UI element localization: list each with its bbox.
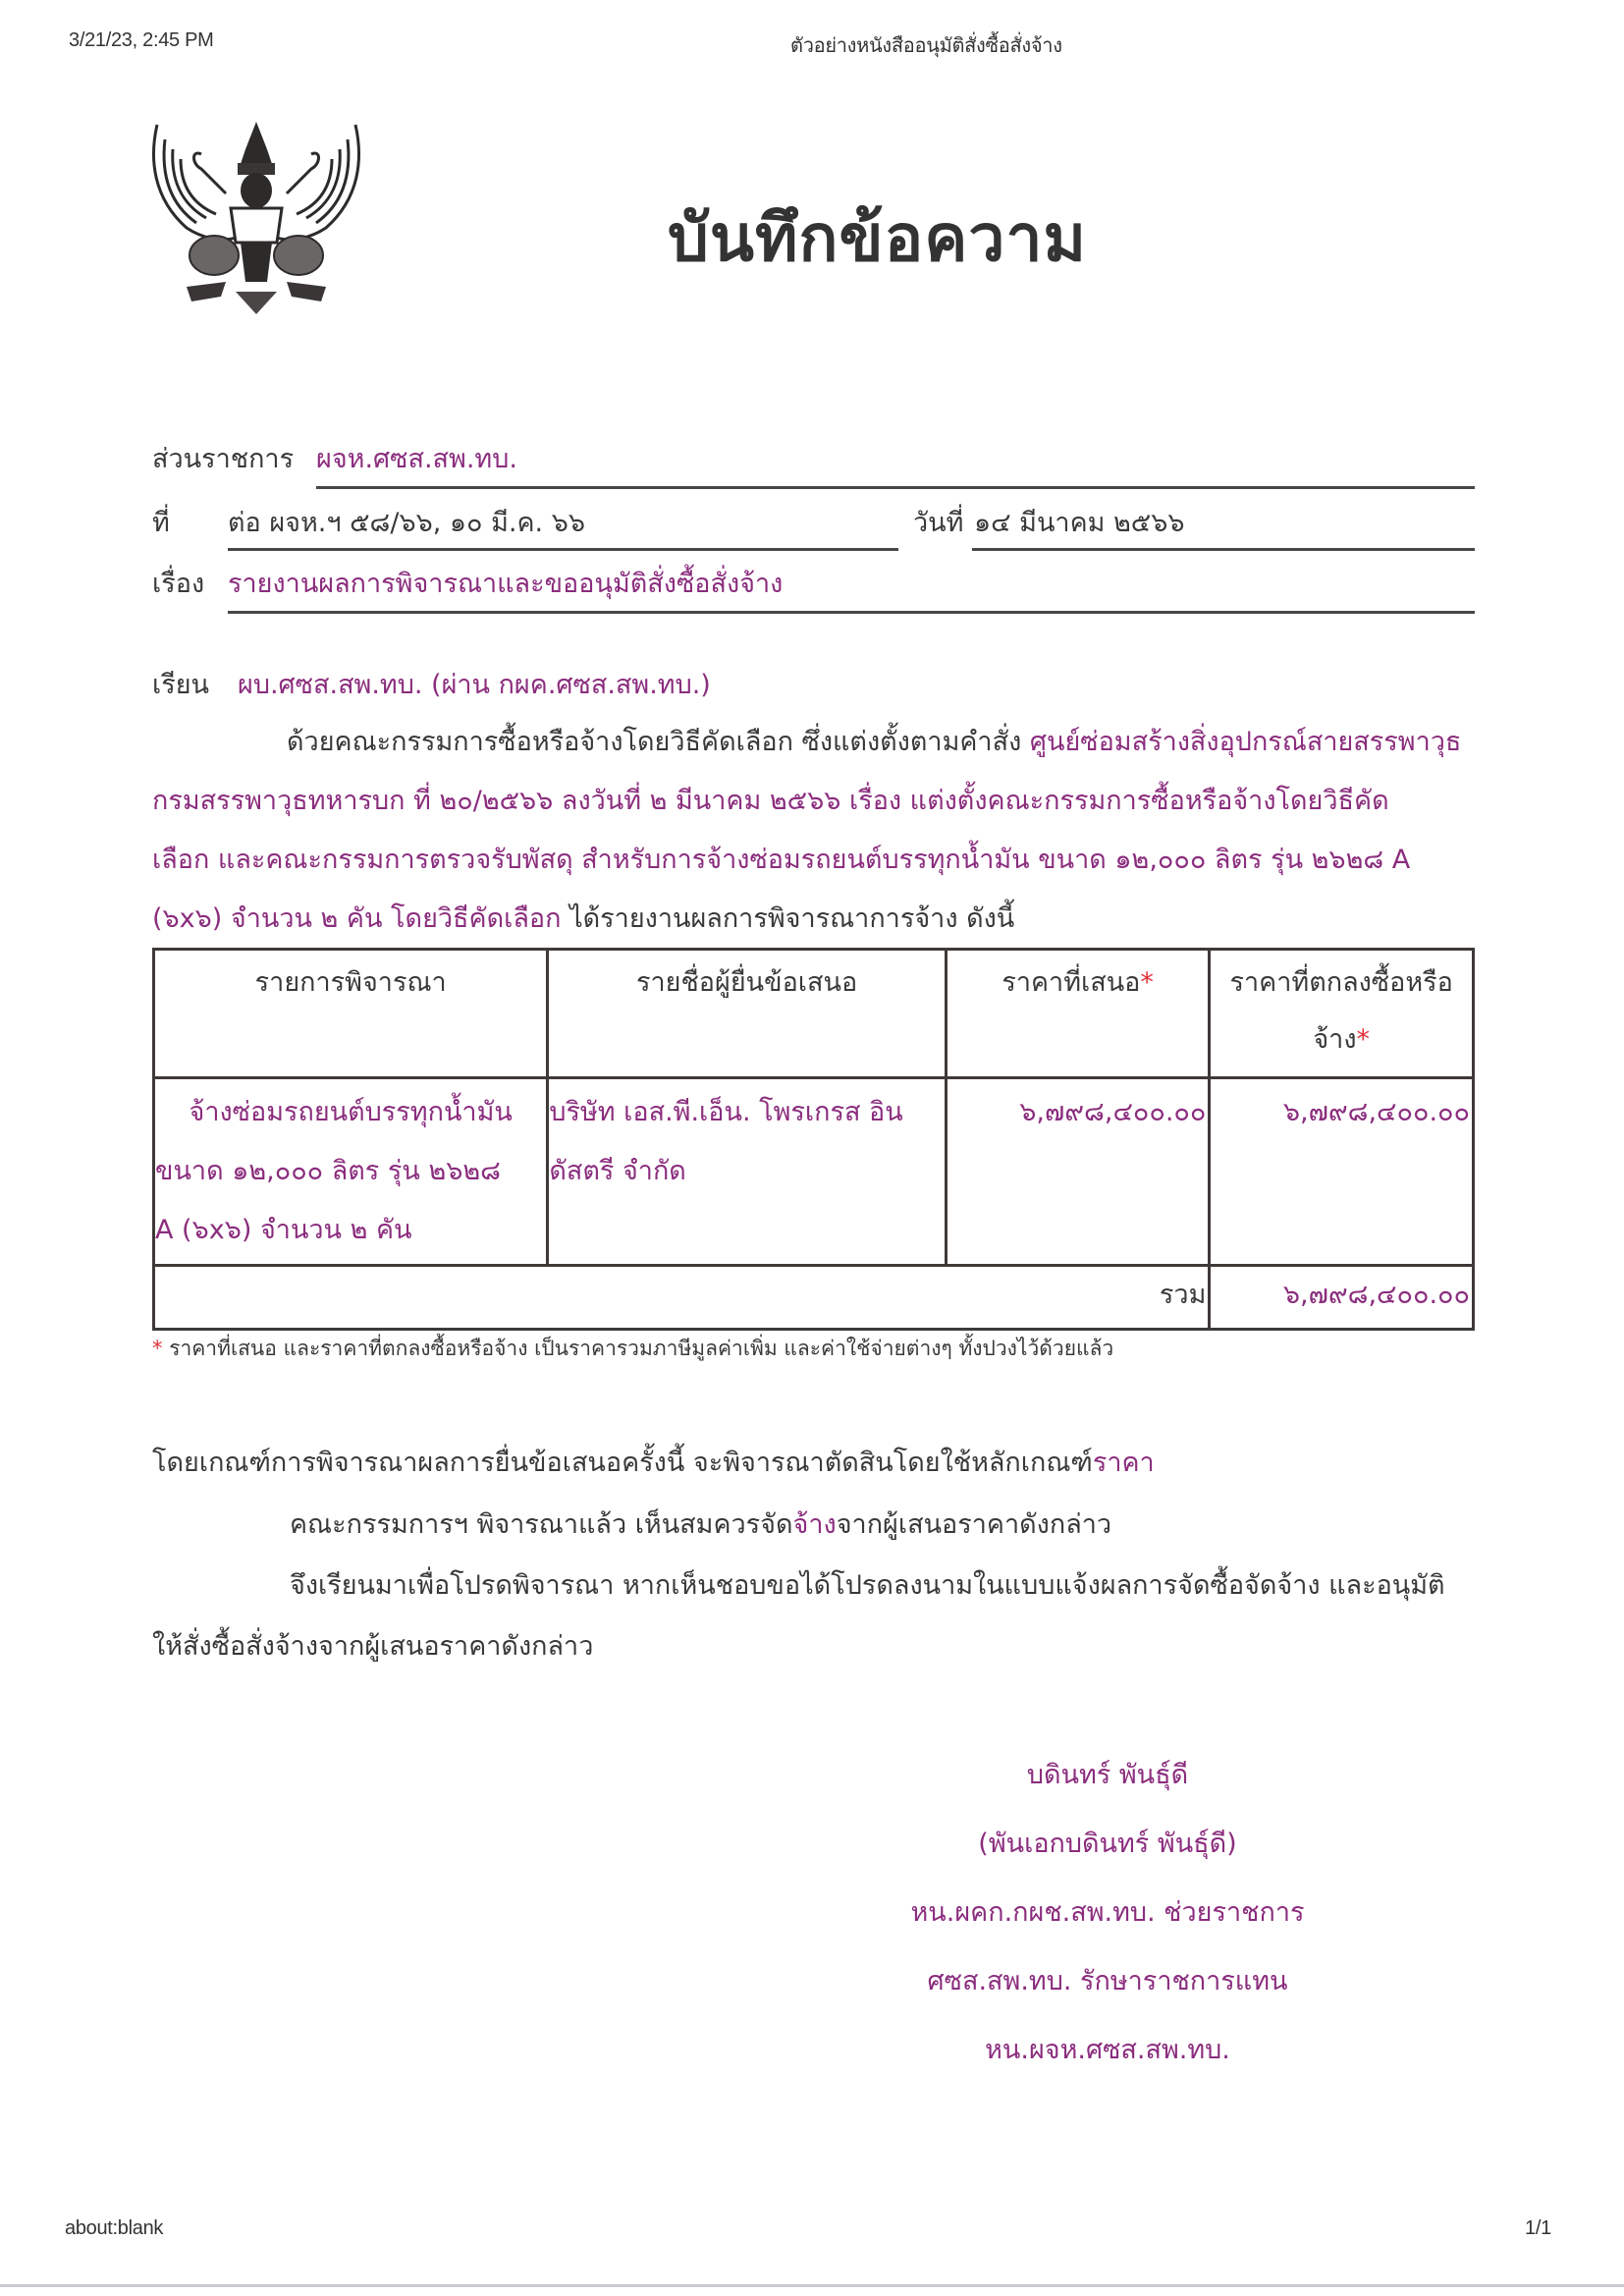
closing-line-1: จึงเรียนมาเพื่อโปรดพิจารณา หากเห็นชอบขอไ… — [290, 1563, 1445, 1606]
signature-name: บดินทร์ พันธุ์ดี — [813, 1753, 1402, 1795]
agency-underline — [316, 486, 1475, 489]
print-page-title: ตัวอย่างหนังสืออนุมัติสั่งซื้อสั่งจ้าง — [790, 29, 1062, 61]
footnote-text: ราคาที่เสนอ และราคาที่ตกลงซื้อหรือจ้าง เ… — [169, 1337, 1113, 1360]
table-header-row: รายการพิจารณา รายชื่อผู้ยื่นข้อเสนอ ราคา… — [154, 950, 1474, 1078]
footnote-asterisk: * — [152, 1337, 163, 1360]
criteria-line: โดยเกณฑ์การพิจารณาผลการยื่นข้อเสนอครั้งน… — [152, 1441, 1155, 1483]
committee-line: คณะกรรมการฯ พิจารณาแล้ว เห็นสมควรจัดจ้าง… — [290, 1503, 1111, 1545]
cell-bidder: บริษัท เอส.พี.เอ็น. โพรเกรส อิน ดัสตรี จ… — [548, 1078, 946, 1266]
salutation-label: เรียน — [152, 663, 209, 705]
committee-text-1: คณะกรรมการฯ พิจารณาแล้ว เห็นสมควรจัด — [290, 1509, 793, 1540]
agency-label: ส่วนราชการ — [152, 437, 294, 479]
agency-value: ผจห.ศซส.สพ.ทบ. — [316, 437, 517, 479]
signatory-position-3: หน.ผจห.ศซส.สพ.ทบ. — [813, 2028, 1402, 2070]
bidder-line-2: ดัสตรี จำกัด — [549, 1142, 944, 1201]
subject-underline — [228, 611, 1475, 614]
signatory-position-1: หน.ผคก.กผช.สพ.ทบ. ช่วยราชการ — [813, 1890, 1402, 1933]
ref-label: ที่ — [152, 501, 170, 543]
header-agreed-price: ราคาที่ตกลงซื้อหรือจ้าง* — [1210, 950, 1474, 1078]
header-agreed-price-text-2: จ้าง — [1313, 1024, 1356, 1055]
garuda-emblem-icon — [147, 120, 365, 316]
date-value: ๑๔ มีนาคม ๒๕๖๖ — [974, 501, 1185, 543]
report-text: ได้รายงานผลการพิจารณาการจ้าง ดังนี้ — [569, 903, 1014, 934]
intro-line-4: (๖x๖) จำนวน ๒ คัน โดยวิธีคัดเลือก ได้ราย… — [152, 897, 1014, 939]
price-footnote: * ราคาที่เสนอ และราคาที่ตกลงซื้อหรือจ้าง… — [152, 1333, 1113, 1365]
scan-edge-line — [0, 2284, 1624, 2287]
asterisk-mark: * — [1357, 1024, 1371, 1055]
committee-type: จ้าง — [793, 1509, 837, 1540]
header-offered-price: ราคาที่เสนอ* — [946, 950, 1210, 1078]
subject-label: เรื่อง — [152, 562, 204, 604]
cell-item: จ้างซ่อมรถยนต์บรรทุกน้ำมัน ขนาด ๑๒,๐๐๐ ล… — [154, 1078, 548, 1266]
date-underline — [972, 548, 1475, 551]
header-item: รายการพิจารณา — [154, 950, 548, 1078]
command-issuer: ศูนย์ซ่อมสร้างสิ่งอุปกรณ์สายสรรพาวุธ — [1030, 727, 1462, 757]
date-label: วันที่ — [913, 501, 963, 543]
cell-agreed-price: ๖,๗๙๘,๔๐๐.๐๐ — [1210, 1078, 1474, 1266]
header-bidder: รายชื่อผู้ยื่นข้อเสนอ — [548, 950, 946, 1078]
total-value: ๖,๗๙๘,๔๐๐.๐๐ — [1210, 1266, 1474, 1330]
salutation-value: ผบ.ศซส.สพ.ทบ. (ผ่าน กผค.ศซส.สพ.ทบ.) — [238, 663, 711, 705]
cell-offered-price: ๖,๗๙๘,๔๐๐.๐๐ — [946, 1078, 1210, 1266]
signatory-position-2: ศซส.สพ.ทบ. รักษาราชการแทน — [813, 1959, 1402, 2001]
header-offered-price-text: ราคาที่เสนอ — [1001, 967, 1140, 998]
ref-underline — [228, 548, 898, 551]
method-text: (๖x๖) จำนวน ๒ คัน โดยวิธีคัดเลือก — [152, 903, 561, 934]
item-line-2: ขนาด ๑๒,๐๐๐ ลิตร รุ่น ๒๖๒๘ — [155, 1142, 546, 1201]
subject-value: รายงานผลการพิจารณาและขออนุมัติสั่งซื้อสั… — [228, 562, 783, 604]
committee-text-2: จากผู้เสนอราคาดังกล่าว — [837, 1509, 1111, 1540]
criteria-method: ราคา — [1093, 1448, 1155, 1478]
award-table: รายการพิจารณา รายชื่อผู้ยื่นข้อเสนอ ราคา… — [152, 948, 1475, 1331]
total-label: รวม — [154, 1266, 1210, 1330]
print-datetime: 3/21/23, 2:45 PM — [69, 29, 214, 52]
bidder-line-1: บริษัท เอส.พี.เอ็น. โพรเกรส อิน — [549, 1083, 944, 1142]
intro-line-1: ด้วยคณะกรรมการซื้อหรือจ้างโดยวิธีคัดเลือ… — [287, 720, 1461, 762]
asterisk-mark: * — [1140, 967, 1154, 998]
ref-value: ต่อ ผจห.ฯ ๕๘/๖๖, ๑๐ มี.ค. ๖๖ — [228, 501, 585, 543]
item-line-1: จ้างซ่อมรถยนต์บรรทุกน้ำมัน — [155, 1083, 546, 1142]
item-line-3: A (๖x๖) จำนวน ๒ คัน — [155, 1201, 546, 1260]
intro-text: ด้วยคณะกรรมการซื้อหรือจ้างโดยวิธีคัดเลือ… — [287, 727, 1021, 757]
header-agreed-price-text: ราคาที่ตกลงซื้อหรือ — [1230, 967, 1453, 998]
signatory-full-name: (พันเอกบดินทร์ พันธุ์ดี) — [813, 1822, 1402, 1864]
document-title: บันทึกข้อความ — [668, 187, 1087, 290]
closing-line-2: ให้สั่งซื้อสั่งจ้างจากผู้เสนอราคาดังกล่า… — [152, 1624, 593, 1667]
intro-line-2: กรมสรรพาวุธทหารบก ที่ ๒๐/๒๕๖๖ ลงวันที่ ๒… — [152, 779, 1389, 821]
print-page-number: 1/1 — [1525, 2217, 1551, 2240]
table-total-row: รวม ๖,๗๙๘,๔๐๐.๐๐ — [154, 1266, 1474, 1330]
intro-line-3: เลือก และคณะกรรมการตรวจรับพัสดุ สำหรับกา… — [152, 838, 1410, 880]
criteria-text: โดยเกณฑ์การพิจารณาผลการยื่นข้อเสนอครั้งน… — [152, 1448, 1093, 1478]
table-row: จ้างซ่อมรถยนต์บรรทุกน้ำมัน ขนาด ๑๒,๐๐๐ ล… — [154, 1078, 1474, 1266]
print-url: about:blank — [65, 2217, 163, 2240]
